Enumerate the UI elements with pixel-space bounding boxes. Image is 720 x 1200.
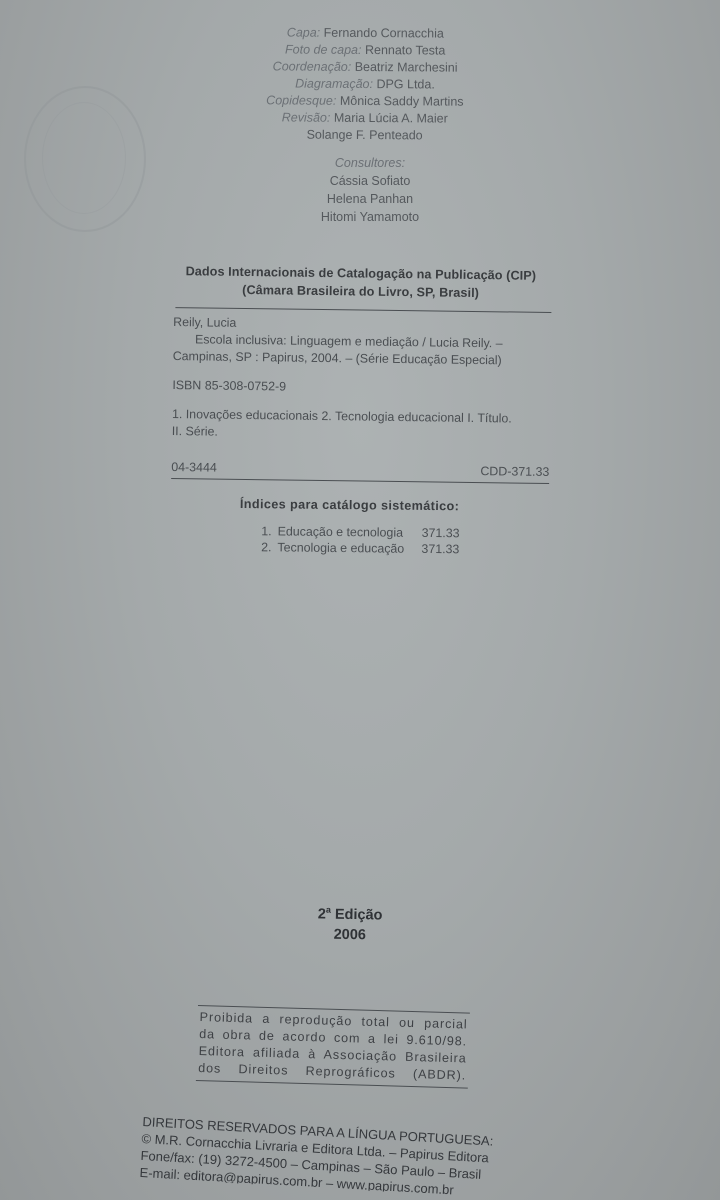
edition-ordinal: a [326, 905, 331, 915]
credit-role: Copidesque: [266, 93, 336, 107]
credit-line: Revisão: Maria Lúcia A. Maier [240, 109, 490, 128]
cip-bottom-rule [171, 478, 549, 484]
book-copyright-page: Capa: Fernando Cornacchia Foto de capa: … [0, 0, 720, 1200]
index-number: 2. [239, 539, 277, 555]
credit-line: Foto de capa: Rennato Testa [240, 41, 490, 60]
indices-list: 1. Educação e tecnologia 371.33 2. Tecno… [239, 523, 489, 558]
cip-cdd-code: CDD-371.33 [480, 464, 549, 479]
index-number: 1. [240, 523, 278, 539]
credit-role: Coordenação: [273, 59, 352, 74]
credit-line: Copidesque: Mônica Saddy Martins [240, 92, 490, 111]
index-code: 371.33 [422, 525, 460, 541]
cip-top-rule [175, 307, 551, 313]
index-label: Tecnologia e educação [277, 539, 421, 557]
credit-role: Diagramação: [295, 77, 373, 92]
edition-label: 2a Edição [290, 899, 410, 926]
consultants-block: Consultores: Cássia Sofiato Helena Panha… [280, 154, 460, 226]
consultants-heading: Consultores: [280, 154, 460, 172]
index-label: Educação e tecnologia [278, 523, 422, 541]
edition-text: Edição [335, 907, 383, 924]
faint-library-stamp-inner [42, 102, 126, 214]
credit-role: Capa: [287, 25, 320, 39]
consultant-name: Cássia Sofiato [280, 172, 460, 190]
consultant-name: Helena Panhan [280, 190, 460, 208]
cip-catalog-record: Dados Internacionais de Catalogação na P… [167, 262, 552, 484]
credit-role: Foto de capa: [285, 42, 362, 57]
credit-name: Rennato Testa [365, 43, 445, 58]
credit-role: Revisão: [282, 110, 331, 124]
systematic-catalog-indices: Índices para catálogo sistemático: 1. Ed… [239, 497, 490, 558]
cip-title: Dados Internacionais de Catalogação na P… [170, 262, 552, 303]
indices-heading: Índices para catálogo sistemático: [240, 497, 490, 514]
credits-block: Capa: Fernando Cornacchia Foto de capa: … [240, 24, 491, 145]
credit-line: Diagramação: DPG Ltda. [240, 75, 490, 94]
credit-name: Maria Lúcia A. Maier [334, 111, 448, 126]
credit-line: Coordenação: Beatriz Marchesini [240, 58, 490, 77]
credit-name: Fernando Cornacchia [324, 26, 444, 41]
cip-record-number: 04-3444 [171, 460, 217, 475]
credit-name: Solange F. Penteado [307, 128, 423, 143]
cip-footer: 04-3444 CDD-371.33 [167, 450, 549, 479]
cip-body: Reily, Lucia Escola inclusiva: Linguagem… [168, 314, 552, 445]
credit-name: DPG Ltda. [376, 77, 434, 91]
credit-line: Solange F. Penteado [240, 126, 490, 145]
index-code: 371.33 [421, 541, 459, 557]
credit-name: Beatriz Marchesini [355, 60, 458, 75]
consultant-name: Hitomi Yamamoto [280, 208, 460, 226]
credit-line: Capa: Fernando Cornacchia [240, 24, 490, 43]
rights-reserved-block: DIREITOS RESERVADOS PARA A LÍNGUA PORTUG… [139, 1113, 542, 1200]
credit-name: Mônica Saddy Martins [340, 94, 464, 109]
reproduction-notice: Proibida a reprodução total ou parcial d… [196, 1005, 470, 1089]
edition-block: 2a Edição 2006 [290, 899, 411, 946]
indices-item: 2. Tecnologia e educação 371.33 [239, 539, 489, 558]
edition-number: 2 [318, 906, 326, 922]
edition-year: 2006 [290, 924, 410, 946]
